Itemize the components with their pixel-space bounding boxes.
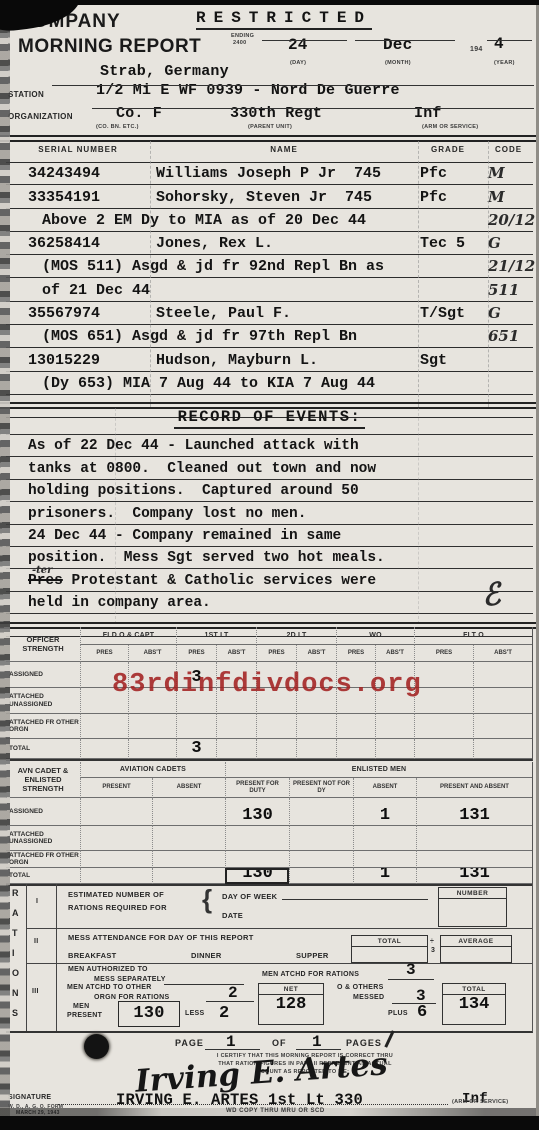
col-code: CODE (484, 145, 533, 154)
grade: T/Sgt (420, 305, 465, 322)
handwritten-code: M (488, 164, 505, 182)
empty-cell (256, 739, 296, 759)
event-line: holding positions. Captured around 50 (6, 480, 533, 502)
plus-value: 6 (417, 1003, 427, 1022)
empty-cell (289, 798, 353, 826)
average-label: AVERAGE (441, 936, 511, 947)
empty-cell (414, 688, 473, 714)
o-and-others-line1: O & OTHERS (337, 984, 384, 991)
record-of-events-title: RECORD OF EVENTS: (174, 408, 366, 429)
empty-cell (473, 662, 532, 688)
ending-2400-label: 2400 (233, 40, 246, 46)
handwritten-correction: -ter (32, 565, 52, 576)
empty-cell (80, 714, 128, 739)
mess-attendance-title: MESS ATTENDANCE FOR DAY OF THIS REPORT (68, 933, 254, 942)
col-grade: GRADE (412, 145, 484, 154)
men-authorized-line2: MESS SEPARATELY (94, 976, 166, 983)
event-line: prisoners. Company lost no men. (6, 502, 533, 524)
number-box: NUMBER (438, 887, 507, 927)
handwritten-code: 20/12 (488, 211, 535, 229)
empty-cell (152, 851, 225, 868)
grade: Pfc (420, 165, 447, 182)
event-line: position. Mess Sgt served two hot meals. (6, 547, 533, 569)
handwritten-code: 21/12 (488, 257, 535, 275)
empty-cell (353, 851, 416, 868)
event-text: tanks at 0800. Cleaned out town and now (28, 461, 376, 477)
enlisted-row-label: ATTACHED FR OTHER ORGN (6, 851, 80, 868)
mess-total-label: TOTAL (352, 936, 427, 947)
ending-label: ENDING (231, 33, 254, 39)
officer-group-header: 2D LT (256, 627, 336, 645)
men-present-line1: MEN (73, 1003, 89, 1010)
personnel-row: (MOS 511) Asgd & jd fr 92nd Repl Bn as21… (6, 255, 533, 278)
station-place: Strab, Germany (100, 63, 229, 80)
pres-header: PRES (80, 645, 128, 662)
report-year: 4 (494, 35, 504, 53)
section-numeral-2: II (34, 938, 39, 945)
handwritten-code: M (488, 188, 505, 206)
supper-label: SUPPER (296, 951, 329, 960)
empty-cell (176, 714, 216, 739)
personnel-row: 13015229Hudson, Mayburn L.Sgt (6, 348, 533, 371)
empty-cell (414, 714, 473, 739)
event-text: position. Mess Sgt served two hot meals. (28, 550, 385, 566)
empty-cell (296, 739, 336, 759)
enlisted-men-header: ENLISTED MEN (225, 762, 532, 778)
personnel-row: Above 2 EM Dy to MIA as of 20 Dec 4420/1… (6, 209, 533, 232)
report-month: Dec (383, 36, 412, 54)
event-line: Pres-ter Protestant & Catholic services … (6, 569, 533, 591)
serial-number: 35567974 (28, 305, 100, 322)
net-value: 128 (259, 995, 323, 1015)
soldier-name: Hudson, Mayburn L. (156, 352, 318, 369)
empty-cell (336, 739, 375, 759)
event-text: held in company area. (28, 595, 211, 611)
enlisted-col-header: PRESENT (80, 778, 152, 798)
column-line (488, 141, 489, 407)
scan-edge-left (0, 0, 10, 1130)
enlisted-strength-table: AVN CADET & ENLISTED STRENGTHAVIATION CA… (6, 762, 533, 886)
empty-cell (414, 662, 473, 688)
empty-cell (296, 714, 336, 739)
less-label: LESS (185, 1010, 204, 1017)
less-value: 2 (219, 1004, 229, 1023)
officer-group-header: WO (336, 627, 414, 645)
empty-cell (416, 826, 532, 851)
event-text: holding positions. Captured around 50 (28, 483, 359, 499)
personnel-rows: 34243494Williams Joseph P Jr 745PfcM3335… (6, 162, 533, 418)
enlisted-count: 1 (353, 868, 416, 884)
empty-cell (473, 739, 532, 759)
empty-cell (336, 714, 375, 739)
event-line: held in company area. (6, 592, 533, 614)
estimated-rations-line2: RATIONS REQUIRED FOR (68, 903, 167, 912)
men-present-value: 130 (133, 1004, 164, 1023)
personnel-row: 36258414Jones, Rex L.Tec 5G (6, 232, 533, 255)
event-line: 24 Dec 44 - Company remained in same (6, 525, 533, 547)
event-line: tanks at 0800. Cleaned out town and now (6, 457, 533, 479)
organization-label: ORGANIZATION (8, 112, 73, 121)
empty-cell (80, 826, 152, 851)
handwritten-code: 511 (488, 281, 519, 299)
aviation-cadets-header: AVIATION CADETS (80, 762, 225, 778)
personnel-header-row: SERIAL NUMBER NAME GRADE CODE (6, 141, 533, 163)
soldier-name: Steele, Paul F. (156, 305, 291, 322)
column-line (150, 141, 151, 407)
event-line: As of 22 Dec 44 - Launched attack with (6, 435, 533, 457)
soldier-name: Sohorsky, Steven Jr 745 (156, 189, 372, 206)
brace: { (202, 884, 212, 915)
enlisted-col-header: ABSENT (152, 778, 225, 798)
dinner-label: DINNER (191, 951, 222, 960)
personnel-row: 33354191Sohorsky, Steven Jr 745PfcM (6, 185, 533, 208)
serial-number: 33354191 (28, 189, 100, 206)
men-authorized-line1: MEN AUTHORIZED TO (68, 966, 148, 973)
section-numeral-1: I (36, 898, 38, 905)
empty-cell (256, 714, 296, 739)
empty-cell (416, 851, 532, 868)
pres-header: PRES (176, 645, 216, 662)
average-box: AVERAGE (440, 935, 512, 963)
net-box: NET 128 (258, 983, 324, 1025)
men-present-box: 130 (118, 1001, 180, 1027)
enlisted-strength-title: AVN CADET & ENLISTED STRENGTH (6, 762, 80, 798)
net-label: NET (259, 984, 323, 995)
grade: Tec 5 (420, 235, 465, 252)
officer-group-header: 1ST LT (176, 627, 256, 645)
rations-letter: N (12, 988, 19, 998)
org-parent-sub: (PARENT UNIT) (248, 124, 292, 130)
o-and-others-line2: MESSED (353, 994, 384, 1001)
men-atchd-rations-label: MEN ATCHD FOR RATIONS (262, 971, 359, 978)
empty-cell (80, 851, 152, 868)
enlisted-count: 1 (353, 798, 416, 826)
plus-label: PLUS (388, 1010, 408, 1017)
officer-row-label: ASSIGNED (6, 662, 80, 688)
empty-cell (152, 826, 225, 851)
empty-cell (414, 739, 473, 759)
number-label: NUMBER (439, 888, 506, 899)
empty-cell (473, 688, 532, 714)
officer-row-label: TOTAL (6, 739, 80, 759)
divide-by-3: 3 (431, 947, 435, 954)
soldier-name: Williams Joseph P Jr 745 (156, 165, 381, 182)
serial-number: 34243494 (28, 165, 100, 182)
abst-header: ABS'T (375, 645, 414, 662)
year-sub-label: (YEAR) (494, 60, 515, 66)
enlisted-col-header: PRESENT NOT FOR DY (289, 778, 353, 798)
signature-label: SIGNATURE (8, 1094, 51, 1101)
breakfast-label: BREAKFAST (68, 951, 117, 960)
personnel-row: (Dy 653) MIA 7 Aug 44 to KIA 7 Aug 44 (6, 372, 533, 395)
page-label: PAGE (175, 1038, 204, 1048)
atchd-other-value: 2 (228, 984, 238, 1002)
enlisted-count: 131 (416, 868, 532, 884)
estimated-rations-line1: ESTIMATED NUMBER OF (68, 890, 164, 899)
men-present-line2: PRESENT (67, 1012, 102, 1019)
personnel-row: 34243494Williams Joseph P Jr 745PfcM (6, 162, 533, 185)
rations-letter: S (12, 1008, 18, 1018)
officer-group-header: FLT O (414, 627, 532, 645)
scan-edge-top (0, 0, 539, 5)
record-of-events: RECORD OF EVENTS: As of 22 Dec 44 - Laun… (6, 408, 533, 637)
empty-cell (289, 868, 353, 884)
signed-typed-name: IRVING E. ARTES 1st Lt 330 (116, 1091, 363, 1109)
officer-row-label: ATTACHED FR OTHER ORGN (6, 714, 80, 739)
officer-title-line1: OFFICER (27, 635, 60, 644)
of-label: OF (272, 1038, 287, 1048)
enlisted-row-label: ASSIGNED (6, 798, 80, 826)
empty-cell (152, 798, 225, 826)
mess-total-box: TOTAL (351, 935, 428, 963)
personnel-row: 35567974Steele, Paul F.T/SgtG (6, 302, 533, 325)
record-of-events-title-row: RECORD OF EVENTS: (6, 408, 533, 435)
station-label: STATION (8, 90, 44, 99)
event-text: As of 22 Dec 44 - Launched attack with (28, 438, 359, 454)
divide-sign: ÷ (430, 938, 434, 945)
abst-header: ABS'T (128, 645, 176, 662)
rations-total-box: TOTAL 134 (442, 983, 506, 1025)
entry-note: of 21 Dec 44 (42, 282, 150, 299)
entry-note: (MOS 651) Asgd & jd fr 97th Repl Bn (42, 328, 357, 345)
empty-cell (128, 739, 176, 759)
grade: Sgt (420, 352, 447, 369)
empty-cell (152, 868, 225, 884)
officer-row-label: ATTACHED UNASSIGNED (6, 688, 80, 714)
handwritten-code: 651 (488, 327, 519, 345)
entry-note: (Dy 653) MIA 7 Aug 44 to KIA 7 Aug 44 (42, 375, 375, 392)
day-of-week-label: DAY OF WEEK (222, 892, 277, 901)
rations-letter: O (12, 968, 19, 978)
enlisted-count: 131 (416, 798, 532, 826)
enlisted-col-header: ABSENT (353, 778, 416, 798)
scan-edge-bottom (0, 1116, 539, 1130)
empty-cell (128, 714, 176, 739)
serial-number: 13015229 (28, 352, 100, 369)
column-line (418, 141, 419, 407)
rations-letter: I (12, 948, 15, 958)
empty-cell (225, 851, 289, 868)
empty-cell (216, 739, 256, 759)
pres-header: PRES (414, 645, 473, 662)
hole-punch (84, 1034, 109, 1059)
rations-letter: R (12, 888, 19, 898)
handwritten-code: G (488, 304, 501, 322)
org-arm-sub: (ARM OR SERVICE) (422, 124, 478, 130)
serial-number: 36258414 (28, 235, 100, 252)
enlisted-count: 130 (225, 798, 289, 826)
enlisted-row-label: ATTACHED UNASSIGNED (6, 826, 80, 851)
pres-header: PRES (336, 645, 375, 662)
event-lines: As of 22 Dec 44 - Launched attack withta… (6, 435, 533, 637)
personnel-row: of 21 Dec 44511 (6, 278, 533, 301)
rations-letter: A (12, 908, 19, 918)
month-sub-label: (MONTH) (385, 60, 411, 66)
empty-cell (289, 826, 353, 851)
officer-group-header: FLD O & CAPT (80, 627, 176, 645)
restricted-stamp: RESTRICTED (196, 9, 372, 30)
grade: Pfc (420, 189, 447, 206)
abst-header: ABS'T (296, 645, 336, 662)
rations-section: RATIONS I II III ESTIMATED NUMBER OF RAT… (6, 884, 533, 1033)
scanned-morning-report: COMPANY RESTRICTED MORNING REPORT ENDING… (0, 0, 539, 1130)
section-numeral-3: III (32, 988, 39, 995)
form-title-morning-report: MORNING REPORT (18, 36, 201, 58)
column-line (115, 408, 116, 624)
men-atchd-rations-value: 3 (406, 961, 416, 979)
col-name: NAME (150, 145, 418, 154)
empty-cell (375, 714, 414, 739)
rations-total-label: TOTAL (443, 984, 505, 995)
watermark: 83rdinfdivdocs.org (112, 670, 422, 700)
column-line (418, 408, 419, 624)
report-day: 24 (288, 36, 308, 54)
enlisted-col-header: PRESENT AND ABSENT (416, 778, 532, 798)
event-text: 24 Dec 44 - Company remained in same (28, 528, 341, 544)
empty-cell (80, 868, 152, 884)
rations-letter: T (12, 928, 18, 938)
event-text: Pres-ter Protestant & Catholic services … (28, 573, 376, 589)
officer-strength-title: OFFICERSTRENGTH (6, 627, 80, 662)
scan-edge-bottom-fade (0, 1108, 539, 1116)
enlisted-row-label: TOTAL (6, 868, 80, 884)
date-label: DATE (222, 911, 243, 920)
empty-cell (225, 826, 289, 851)
personnel-row: (MOS 651) Asgd & jd fr 97th Repl Bn651 (6, 325, 533, 348)
abst-header: ABS'T (216, 645, 256, 662)
officer-title-line2: STRENGTH (22, 644, 63, 653)
enlisted-count: 130 (225, 868, 289, 884)
org-unit-sub: (CO. BN. ETC.) (96, 124, 139, 130)
enlisted-col-header: PRESENT FOR DUTY (225, 778, 289, 798)
rations-total-value: 134 (443, 995, 505, 1015)
soldier-name: Jones, Rex L. (156, 235, 273, 252)
empty-cell (289, 851, 353, 868)
empty-cell (80, 739, 128, 759)
struck-word: Pres-ter (28, 573, 63, 589)
year-prefix: 194 (470, 46, 483, 53)
pres-header: PRES (256, 645, 296, 662)
empty-cell (80, 798, 152, 826)
atchd-other-line2: ORGN FOR RATIONS (94, 994, 169, 1001)
atchd-other-line1: MEN ATCHD TO OTHER (67, 984, 152, 991)
empty-cell (473, 714, 532, 739)
empty-cell (216, 714, 256, 739)
empty-cell (353, 826, 416, 851)
officer-count: 3 (176, 739, 216, 759)
entry-note: Above 2 EM Dy to MIA as of 20 Dec 44 (42, 212, 366, 229)
abst-header: ABS'T (473, 645, 532, 662)
day-sub-label: (DAY) (290, 60, 306, 66)
empty-cell (375, 739, 414, 759)
handwritten-code: G (488, 234, 501, 252)
col-serial-number: SERIAL NUMBER (6, 145, 150, 154)
signed-arm-sub: (ARM OR SERVICE) (452, 1099, 508, 1105)
event-text: prisoners. Company lost no men. (28, 506, 306, 522)
entry-note: (MOS 511) Asgd & jd fr 92nd Repl Bn as (42, 258, 384, 275)
